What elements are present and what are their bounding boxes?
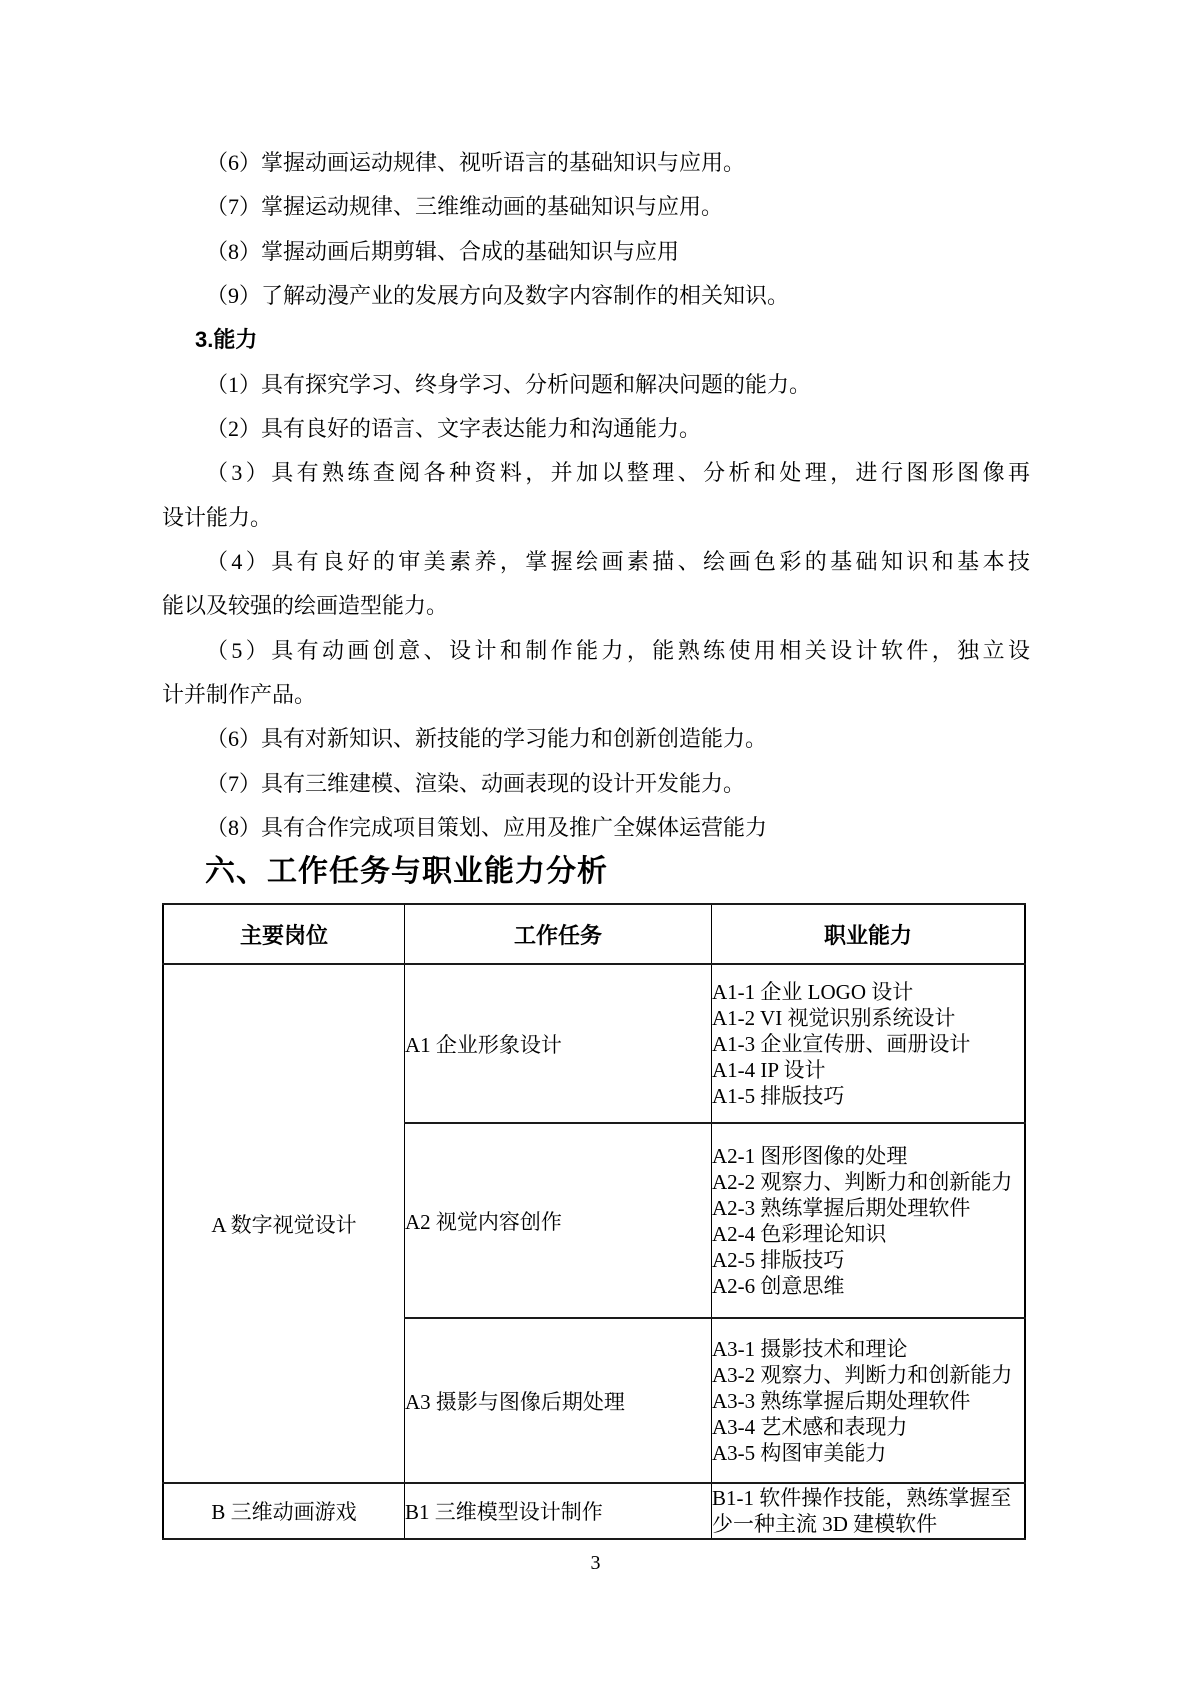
ability-item: A3-1 摄影技术和理论 [712, 1336, 1024, 1362]
body-line: （8）掌握动画后期剪辑、合成的基础知识与应用 [162, 230, 1030, 274]
table-row: A 数字视觉设计A1 企业形象设计A1-1 企业 LOGO 设计A1-2 VI … [163, 964, 1025, 1123]
body-line: 设计能力。 [162, 496, 1030, 540]
ability-cell: A1-1 企业 LOGO 设计A1-2 VI 视觉识别系统设计A1-3 企业宣传… [712, 964, 1026, 1123]
column-header-position: 主要岗位 [163, 904, 405, 964]
ability-item: A2-4 色彩理论知识 [712, 1221, 1024, 1247]
body-line: （6）掌握动画运动规律、视听语言的基础知识与应用。 [162, 141, 1030, 185]
body-line: 能以及较强的绘画造型能力。 [162, 584, 1030, 628]
body-line: （6）具有对新知识、新技能的学习能力和创新创造能力。 [162, 717, 1030, 761]
body-line: （3）具有熟练查阅各种资料，并加以整理、分析和处理，进行图形图像再 [162, 451, 1030, 495]
ability-item: A1-5 排版技巧 [712, 1083, 1024, 1109]
body-line: （7）具有三维建模、渲染、动画表现的设计开发能力。 [162, 762, 1030, 806]
document-page: （6）掌握动画运动规律、视听语言的基础知识与应用。（7）掌握运动规律、三维维动画… [0, 0, 1191, 1684]
ability-item: A1-2 VI 视觉识别系统设计 [712, 1005, 1024, 1031]
ability-item: A1-3 企业宣传册、画册设计 [712, 1031, 1024, 1057]
ability-item: A2-1 图形图像的处理 [712, 1143, 1024, 1169]
position-cell: A 数字视觉设计 [163, 964, 405, 1483]
ability-item: A1-4 IP 设计 [712, 1057, 1024, 1083]
position-cell: B 三维动画游戏 [163, 1483, 405, 1539]
body-line: （2）具有良好的语言、文字表达能力和沟通能力。 [162, 407, 1030, 451]
ability-item: A2-5 排版技巧 [712, 1247, 1024, 1273]
ability-item: A2-2 观察力、判断力和创新能力 [712, 1169, 1024, 1195]
body-line: （8）具有合作完成项目策划、应用及推广全媒体运营能力 [162, 806, 1030, 850]
task-cell: B1 三维模型设计制作 [405, 1483, 712, 1539]
ability-item: A2-3 熟练掌握后期处理软件 [712, 1195, 1024, 1221]
table-row: B 三维动画游戏B1 三维模型设计制作B1-1 软件操作技能，熟练掌握至少一种主… [163, 1483, 1025, 1539]
ability-item: A1-1 企业 LOGO 设计 [712, 979, 1024, 1005]
task-cell: A3 摄影与图像后期处理 [405, 1318, 712, 1483]
table-header-row: 主要岗位 工作任务 职业能力 [163, 904, 1025, 964]
body-line: （4）具有良好的审美素养，掌握绘画素描、绘画色彩的基础知识和基本技 [162, 540, 1030, 584]
ability-cell: B1-1 软件操作技能，熟练掌握至少一种主流 3D 建模软件 [712, 1483, 1026, 1539]
body-lines: （6）掌握动画运动规律、视听语言的基础知识与应用。（7）掌握运动规律、三维维动画… [162, 141, 1030, 850]
work-task-ability-table: 主要岗位 工作任务 职业能力 A 数字视觉设计A1 企业形象设计A1-1 企业 … [162, 903, 1026, 1540]
page-content: （6）掌握动画运动规律、视听语言的基础知识与应用。（7）掌握运动规律、三维维动画… [162, 141, 1030, 1540]
table-body: A 数字视觉设计A1 企业形象设计A1-1 企业 LOGO 设计A1-2 VI … [163, 964, 1025, 1539]
section-subheading: 3.能力 [162, 318, 1030, 362]
body-line: 计并制作产品。 [162, 673, 1030, 717]
section-heading: 六、工作任务与职业能力分析 [205, 850, 1030, 894]
ability-cell: A3-1 摄影技术和理论A3-2 观察力、判断力和创新能力A3-3 熟练掌握后期… [712, 1318, 1026, 1483]
ability-item: A3-2 观察力、判断力和创新能力 [712, 1362, 1024, 1388]
task-cell: A2 视觉内容创作 [405, 1123, 712, 1318]
ability-item: A3-5 构图审美能力 [712, 1440, 1024, 1466]
ability-item: A3-3 熟练掌握后期处理软件 [712, 1388, 1024, 1414]
body-line: （9）了解动漫产业的发展方向及数字内容制作的相关知识。 [162, 274, 1030, 318]
body-line: （5）具有动画创意、设计和制作能力，能熟练使用相关设计软件，独立设 [162, 629, 1030, 673]
ability-cell: A2-1 图形图像的处理A2-2 观察力、判断力和创新能力A2-3 熟练掌握后期… [712, 1123, 1026, 1318]
ability-item: B1-1 软件操作技能，熟练掌握至少一种主流 3D 建模软件 [712, 1485, 1024, 1537]
body-line: （7）掌握运动规律、三维维动画的基础知识与应用。 [162, 185, 1030, 229]
ability-item: A2-6 创意思维 [712, 1273, 1024, 1299]
task-cell: A1 企业形象设计 [405, 964, 712, 1123]
page-number: 3 [0, 1552, 1191, 1575]
body-line: （1）具有探究学习、终身学习、分析问题和解决问题的能力。 [162, 363, 1030, 407]
column-header-ability: 职业能力 [712, 904, 1026, 964]
column-header-task: 工作任务 [405, 904, 712, 964]
ability-item: A3-4 艺术感和表现力 [712, 1414, 1024, 1440]
